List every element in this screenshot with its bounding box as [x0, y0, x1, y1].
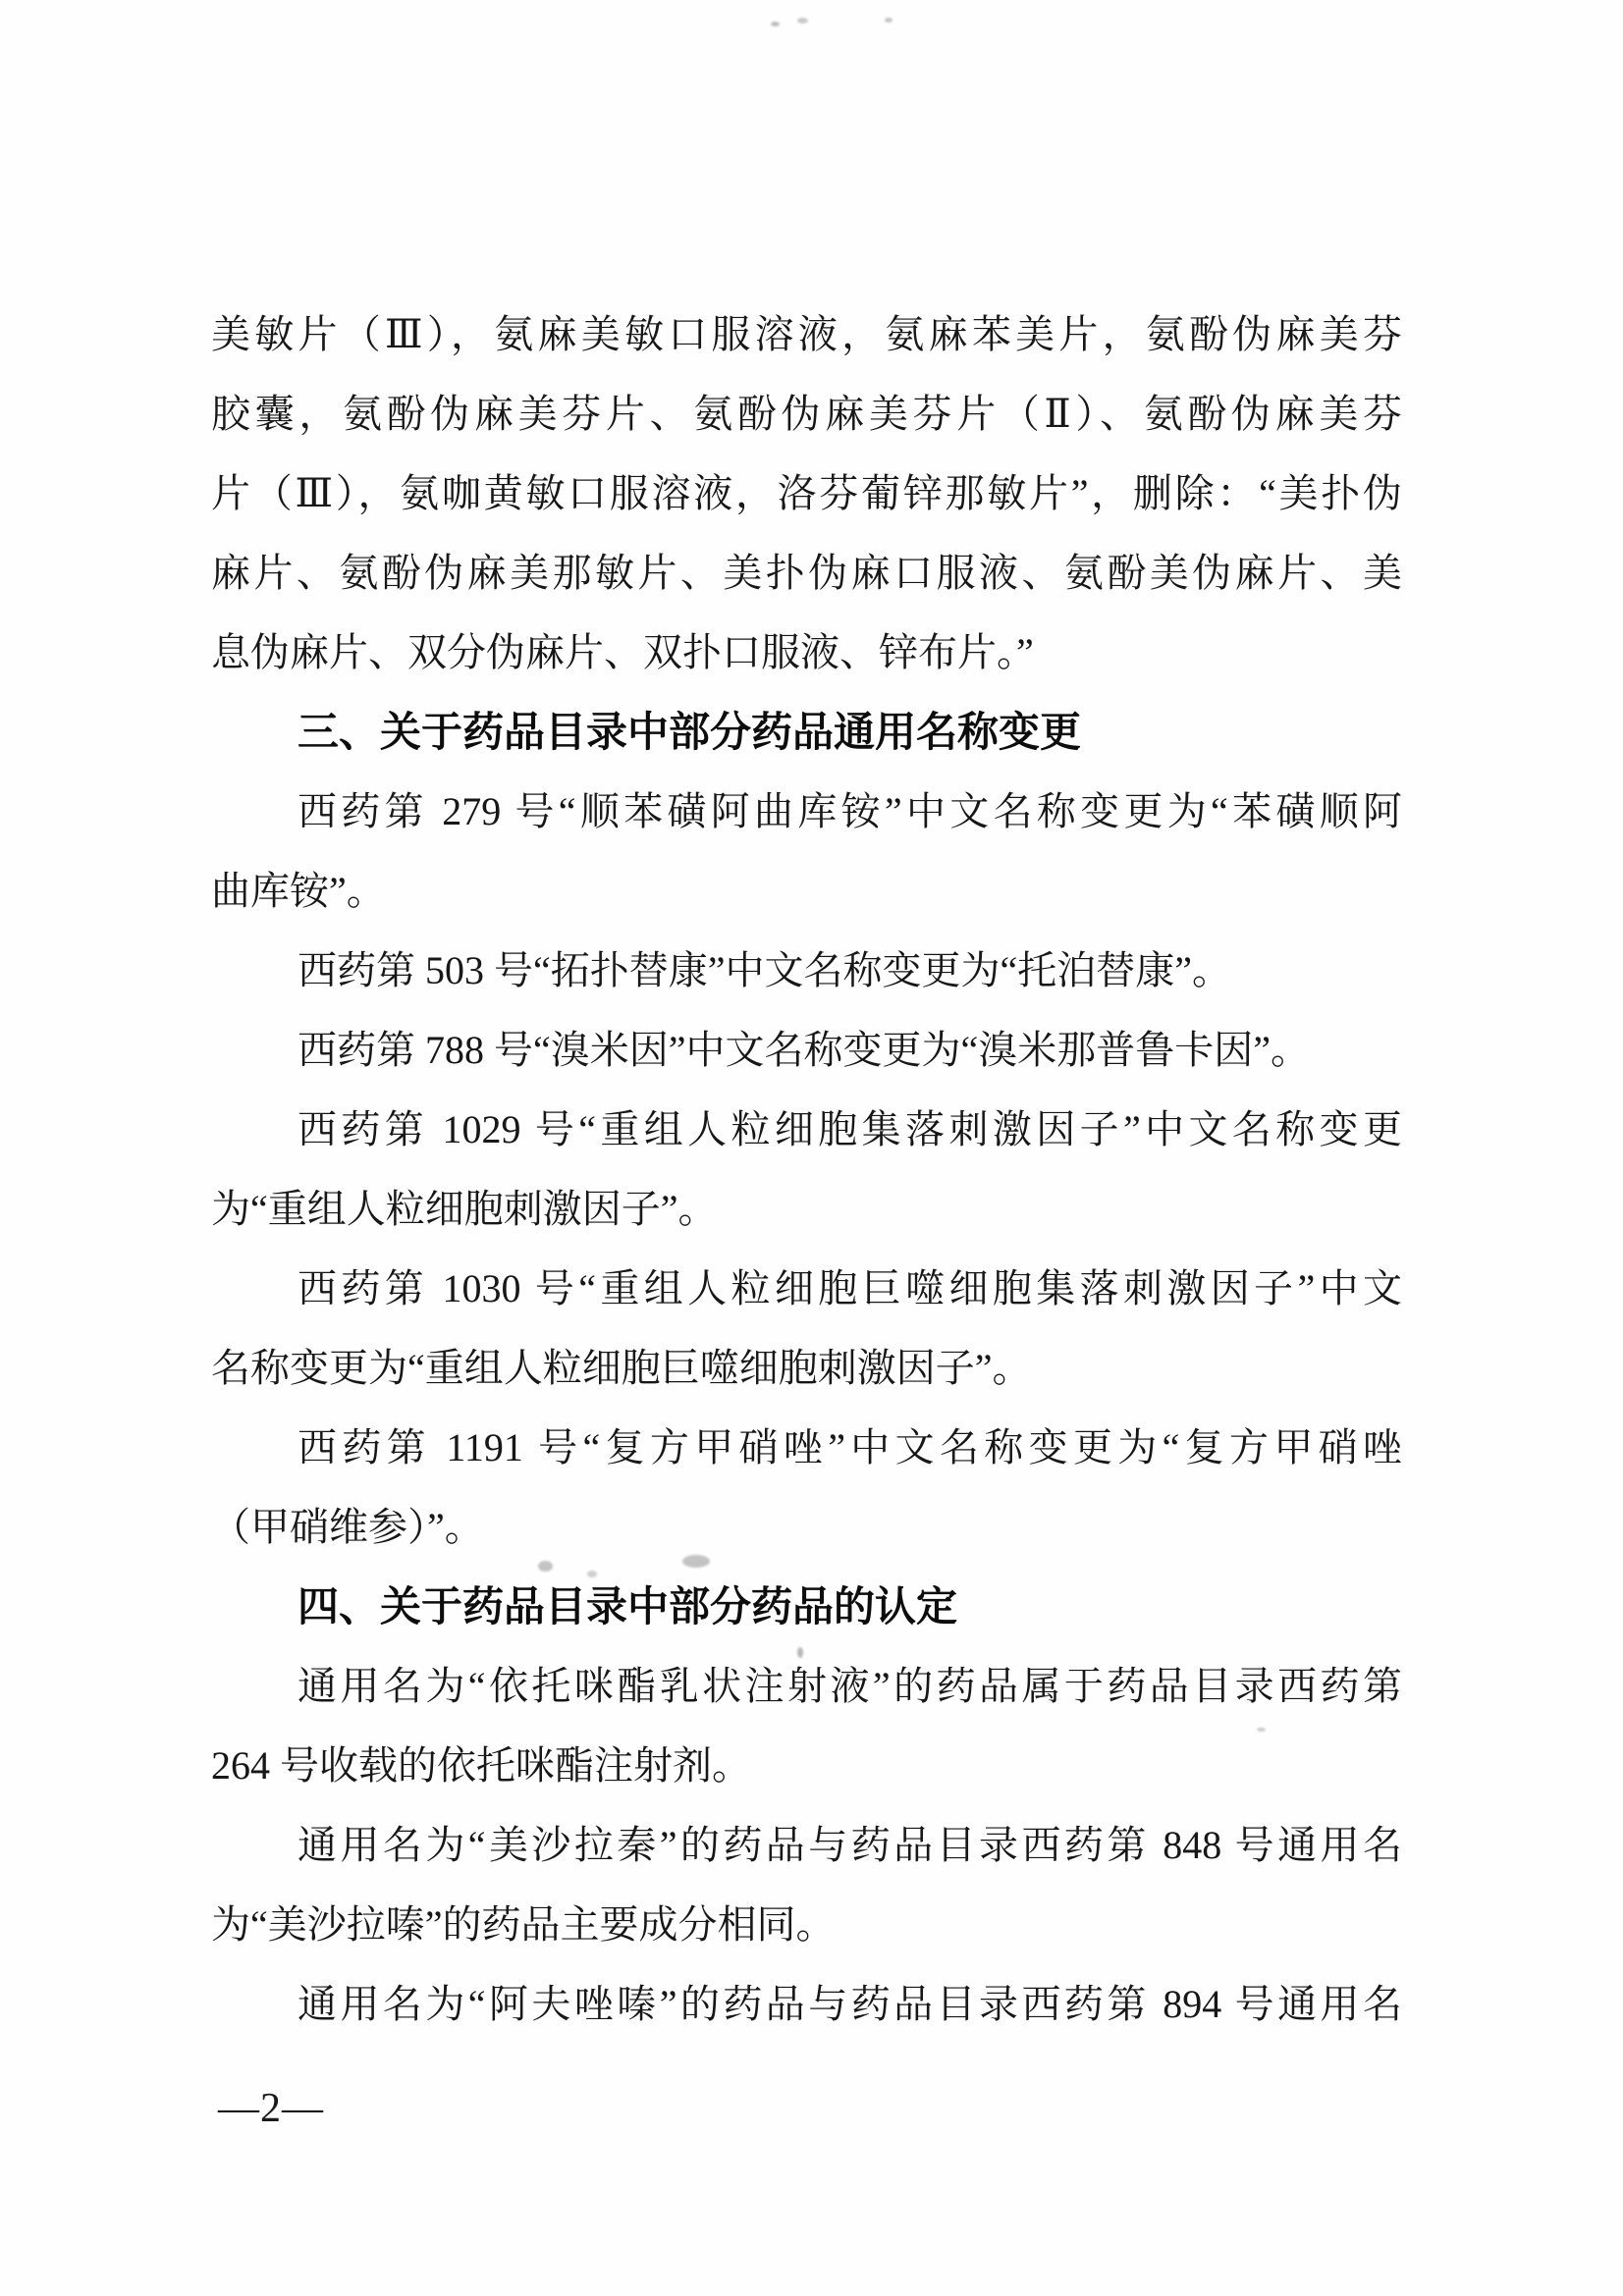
- scan-speck-icon: [587, 1571, 597, 1577]
- text-line: 美敏片（Ⅲ），氨麻美敏口服溶液，氨麻苯美片，氨酚伪麻美芬: [211, 294, 1402, 374]
- section-heading: 三、关于药品目录中部分药品通用名称变更: [211, 692, 1402, 772]
- text-line: 通用名为“依托咪酯乳状注射液”的药品属于药品目录西药第: [211, 1646, 1402, 1726]
- text-line: 西药第 788 号“溴米因”中文名称变更为“溴米那普鲁卡因”。: [211, 1010, 1402, 1090]
- text-line: 西药第 1191 号“复方甲硝唑”中文名称变更为“复方甲硝唑: [211, 1408, 1402, 1487]
- text-line: 西药第 503 号“拓扑替康”中文名称变更为“托泊替康”。: [211, 931, 1402, 1010]
- scan-speck-icon: [797, 18, 808, 24]
- scan-speck-icon: [538, 1561, 553, 1572]
- text-line: 曲库铵”。: [211, 851, 1402, 931]
- text-block: 美敏片（Ⅲ），氨麻美敏口服溶液，氨麻苯美片，氨酚伪麻美芬胶囊，氨酚伪麻美芬片、氨…: [211, 294, 1402, 2044]
- text-line: 名称变更为“重组人粒细胞巨噬细胞刺激因子”。: [211, 1328, 1402, 1408]
- scan-speck-icon: [771, 22, 780, 27]
- text-line: 为“重组人粒细胞刺激因子”。: [211, 1169, 1402, 1249]
- page-number: —2—: [218, 2077, 324, 2140]
- text-line: 西药第 279 号“顺苯磺阿曲库铵”中文名称变更为“苯磺顺阿: [211, 772, 1402, 851]
- text-line: 息伪麻片、双分伪麻片、双扑口服液、锌布片。”: [211, 613, 1402, 692]
- text-line: 通用名为“阿夫唑嗪”的药品与药品目录西药第 894 号通用名: [211, 1964, 1402, 2044]
- text-line: （甲硝维参）”。: [211, 1487, 1402, 1567]
- scan-speck-icon: [1257, 1728, 1266, 1732]
- scan-speck-icon: [682, 1555, 710, 1568]
- document-page: 美敏片（Ⅲ），氨麻美敏口服溶液，氨麻苯美片，氨酚伪麻美芬胶囊，氨酚伪麻美芬片、氨…: [0, 0, 1623, 2296]
- section-heading: 四、关于药品目录中部分药品的认定: [211, 1567, 1402, 1646]
- text-line: 胶囊，氨酚伪麻美芬片、氨酚伪麻美芬片（Ⅱ）、氨酚伪麻美芬: [211, 374, 1402, 454]
- text-line: 264 号收载的依托咪酯注射剂。: [211, 1726, 1402, 1805]
- text-line: 片（Ⅲ），氨咖黄敏口服溶液，洛芬葡锌那敏片”，删除：“美扑伪: [211, 454, 1402, 533]
- text-line: 通用名为“美沙拉秦”的药品与药品目录西药第 848 号通用名: [211, 1805, 1402, 1885]
- text-line: 麻片、氨酚伪麻美那敏片、美扑伪麻口服液、氨酚美伪麻片、美: [211, 533, 1402, 613]
- text-line: 西药第 1029 号“重组人粒细胞集落刺激因子”中文名称变更: [211, 1090, 1402, 1169]
- text-line: 为“美沙拉嗪”的药品主要成分相同。: [211, 1885, 1402, 1964]
- text-line: 西药第 1030 号“重组人粒细胞巨噬细胞集落刺激因子”中文: [211, 1249, 1402, 1328]
- scan-speck-icon: [797, 1647, 803, 1658]
- scan-speck-icon: [885, 18, 893, 23]
